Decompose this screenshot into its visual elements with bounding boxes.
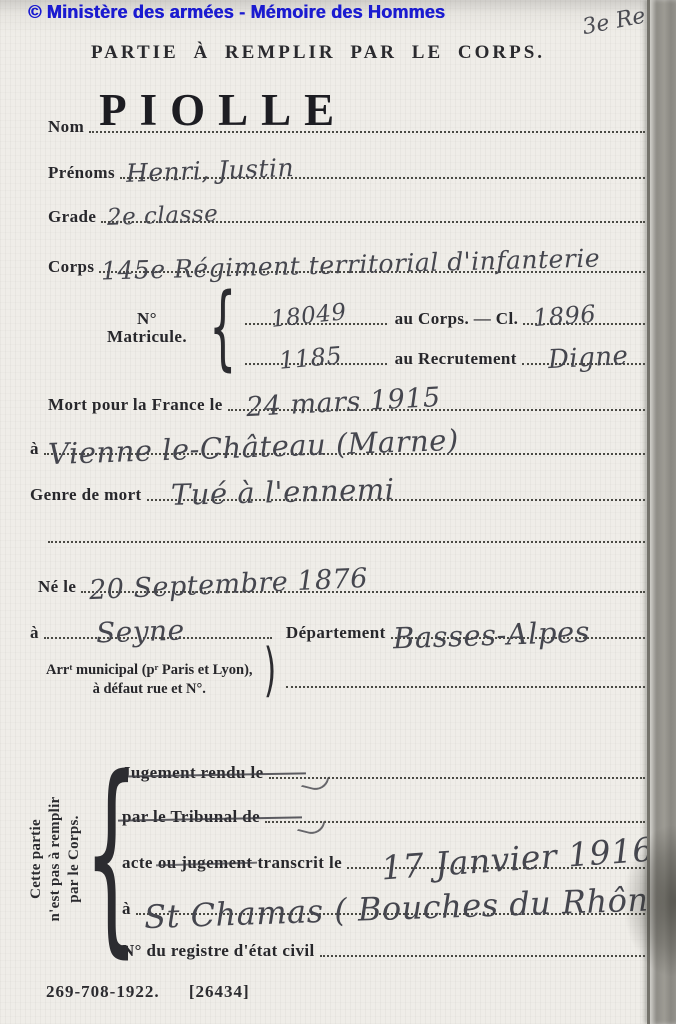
matricule-rows: 18049 au Corps. — Cl. 1896 1185 au Recru… [240, 288, 645, 368]
field-row-mort: Mort pour la France le 24 mars 1915 [0, 372, 645, 414]
naissance-lieu-label: à [30, 624, 39, 642]
naissance-label: Né le [38, 578, 76, 596]
departement-dotted-line: Basses-Alpes [391, 635, 645, 639]
page-edge-corner-shadow [624, 826, 676, 976]
prenoms-dotted-line: Henri, Justin [120, 175, 645, 179]
corps-value-handwritten: 145e Régiment territorial d'infanterie [101, 245, 601, 283]
field-row-nom: Nom PIOLLE [0, 90, 645, 136]
tribunal-label-struck: par le Tribunal de [122, 808, 260, 826]
field-row-registre: N° du registre d'état civil [122, 932, 645, 960]
classe-value-handwritten: 1896 [532, 302, 597, 330]
naissance-lieu-handwritten: Seyne [95, 616, 185, 647]
field-row-transcription: acte ou jugement transcrit le 17 Janvier… [122, 842, 645, 872]
matricule-label-line1: N° [88, 310, 206, 328]
corps-dotted-line: 145e Régiment territorial d'infanterie [99, 269, 645, 273]
mort-date-handwritten: 24 mars 1915 [245, 384, 441, 421]
arrondissement-dotted-line [286, 684, 646, 688]
field-row-grade: Grade 2e classe [0, 188, 645, 226]
field-row-transcription-lieu: à St Chamas ( Bouches du Rhône [122, 888, 645, 918]
arrondissement-label-line1: Arrᵗ municipal (pʳ Paris et Lyon), [46, 661, 253, 681]
nom-label: Nom [48, 118, 84, 136]
classe-dotted-line: 1896 [523, 321, 645, 325]
mort-label: Mort pour la France le [48, 396, 223, 414]
mort-lieu-dotted-line: Vienne le-Château (Marne) [44, 451, 645, 455]
matricule-label: N° Matricule. [88, 310, 206, 346]
jugement-dotted-line [269, 775, 645, 779]
genre-mort-handwritten: Tué à l'ennemi [170, 475, 394, 510]
transcription-lieu-dotted-line: St Chamas ( Bouches du Rhône [136, 911, 645, 915]
transcription-label-struck: ou jugement [158, 854, 253, 872]
corps-label: Corps [48, 258, 94, 276]
watermark-text: © Ministère des armées - Mémoire des Hom… [28, 2, 445, 23]
naissance-date-handwritten: 20 Septembre 1876 [89, 565, 369, 604]
footer-bracket-number: [26434] [189, 982, 250, 1001]
recrutement-place-dotted-line: Digne [522, 361, 645, 365]
field-row-tribunal: par le Tribunal de [122, 798, 645, 826]
footer-reference: 269-708-1922. [26434] [46, 982, 250, 1002]
registre-label: N° du registre d'état civil [122, 942, 315, 960]
au-recrutement-label: au Recrutement [395, 350, 517, 368]
naissance-lieu-dotted-line: Seyne [44, 635, 272, 639]
field-row-corps: Corps 145e Régiment territorial d'infant… [0, 234, 645, 276]
field-row-mort-lieu: à Vienne le-Château (Marne) [0, 417, 645, 458]
field-row-prenoms: Prénoms Henri, Justin [0, 142, 645, 182]
transcription-label-part2: transcrit le [257, 854, 342, 872]
matricule-row-corps: 18049 au Corps. — Cl. 1896 [240, 288, 645, 328]
matricule-row-recrutement: 1185 au Recrutement Digne [240, 328, 645, 368]
grade-label: Grade [48, 208, 96, 226]
matricule-brace-glyph: { [209, 282, 236, 374]
section-title: PARTIE À REMPLIR PAR LE CORPS. [0, 42, 636, 64]
field-row-genre-mort: Genre de mort Tué à l'ennemi [0, 463, 645, 504]
field-row-naissance: Né le 20 Septembre 1876 [0, 554, 645, 596]
nom-dotted-line: PIOLLE [89, 129, 645, 133]
genre-mort-label: Genre de mort [30, 486, 142, 504]
field-row-jugement: Jugement rendu le [122, 754, 645, 782]
field-row-arrondissement: Arrᵗ municipal (pʳ Paris et Lyon), à déf… [0, 652, 645, 700]
mort-dotted-line: 24 mars 1915 [228, 407, 645, 411]
prenoms-value-handwritten: Henri, Justin [126, 155, 295, 186]
blank-ruled-row [0, 508, 645, 546]
matricule-recrutement-value-handwritten: 1185 [278, 343, 343, 372]
arrondissement-brace-glyph: ) [263, 641, 276, 699]
prenoms-label: Prénoms [48, 164, 115, 182]
genre-mort-dotted-line: Tué à l'ennemi [147, 497, 645, 501]
matricule-block: N° Matricule. { 18049 au Corps. — Cl. 18… [0, 288, 645, 368]
civil-brace-glyph: { [84, 748, 139, 966]
transcription-lieu-handwritten: St Chamas ( Bouches du Rhône [144, 883, 669, 933]
matricule-label-line2: Matricule. [88, 328, 206, 346]
mort-lieu-label: à [30, 440, 39, 458]
matricule-corps-dotted-line: 18049 [245, 321, 387, 325]
naissance-dotted-line: 20 Septembre 1876 [81, 589, 645, 593]
transcription-date-handwritten: 17 Janvier 1916 [380, 833, 655, 885]
nom-value-stamp: PIOLLE [99, 88, 347, 133]
grade-value-handwritten: 2e classe [107, 203, 219, 230]
departement-label: Département [286, 624, 386, 642]
blank-dotted-line [48, 539, 645, 543]
recrutement-place-handwritten: Digne [547, 343, 629, 373]
footer-print-code: 269-708-1922. [46, 982, 160, 1001]
grade-dotted-line: 2e classe [101, 219, 645, 223]
tribunal-dotted-line [265, 819, 645, 823]
arrondissement-label-line2: à défaut rue et N°. [46, 680, 253, 700]
jugement-label-struck: Jugement rendu le [122, 764, 264, 782]
arrondissement-label: Arrᵗ municipal (pʳ Paris et Lyon), à déf… [46, 661, 253, 700]
transcription-dotted-line: 17 Janvier 1916 [347, 865, 645, 869]
au-corps-label: au Corps. — Cl. [395, 310, 519, 328]
matricule-recrutement-dotted-line: 1185 [245, 361, 387, 365]
departement-value-handwritten: Basses-Alpes [392, 618, 590, 654]
field-row-naissance-lieu: à Seyne Département Basses-Alpes [0, 600, 645, 642]
registre-dotted-line [320, 953, 645, 957]
